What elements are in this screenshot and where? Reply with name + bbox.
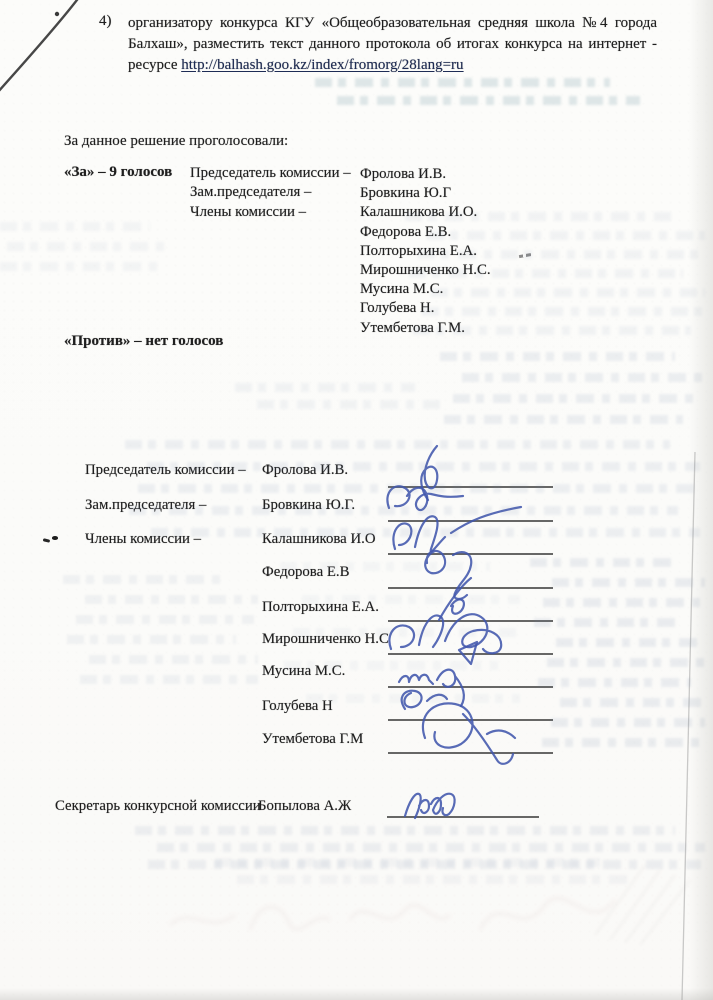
- voter-name: Федорова Е.В.: [360, 223, 491, 242]
- voter-name: Калашникова И.О.: [360, 203, 491, 222]
- signatory-name: Федорова Е.В: [262, 564, 349, 581]
- voter-name: Мирошниченко Н.С.: [360, 261, 491, 280]
- bleed-through-text: [148, 860, 701, 869]
- bleed-through-text: [85, 595, 258, 604]
- bleed-through-text: [237, 875, 630, 884]
- voting-role: Председатель комиссии –: [190, 164, 351, 183]
- bleed-through-corner-hatch: [585, 855, 705, 945]
- scanned-protocol-page: 4) организатору конкурса КГУ «Общеобразо…: [0, 0, 713, 1000]
- bleed-through-text: [257, 400, 445, 409]
- signatory-name: Голубева Н: [262, 698, 333, 715]
- voting-roles-column: Председатель комиссии – Зам.председателя…: [190, 164, 351, 222]
- bleed-through-text: [80, 675, 258, 684]
- bleed-through-text: [315, 78, 610, 87]
- bleed-through-squiggles: [150, 880, 630, 950]
- bleed-through-text: [67, 635, 236, 644]
- bleed-through-text: [556, 638, 705, 647]
- voter-name: Фролова И.В.: [360, 165, 491, 184]
- secretary-role-label: Секретарь конкурсной комиссии: [55, 798, 261, 815]
- ink-blob: [52, 536, 58, 540]
- resolution-line-3-prefix: ресурсе: [128, 57, 181, 73]
- voting-role: Зам.председателя –: [190, 183, 351, 202]
- bleed-through-text: [560, 698, 705, 707]
- signatory-role-label: Председатель комиссии –: [85, 462, 246, 479]
- bleed-through-text: [453, 394, 701, 403]
- signatory-name: Полторыхина Е.А.: [262, 599, 379, 616]
- signatory-name: Утембетова Г.М: [262, 731, 363, 748]
- signatory-role-label: Зам.председателя –: [85, 497, 206, 514]
- voter-name: Утембетова Г.М.: [360, 319, 491, 338]
- bleed-through-text: [215, 858, 600, 867]
- bleed-through-text: [444, 415, 683, 424]
- voting-names-column: Фролова И.В. Бровкина Ю.Г Калашникова И.…: [360, 165, 491, 338]
- bleed-through-text: [440, 352, 675, 361]
- resolution-line-3: ресурсе http://balhash.goo.kz/index/from…: [128, 55, 657, 76]
- resolution-paragraph: организатору конкурса КГУ «Общеобразоват…: [128, 13, 657, 76]
- signatory-name: Бровкина Ю.Г.: [262, 497, 355, 514]
- voting-intro-text: За данное решение проголосовали:: [64, 133, 288, 150]
- signatory-role-label: Члены комиссии –: [85, 531, 201, 548]
- voting-role: Члены комиссии –: [190, 203, 351, 222]
- secretary-name: Бопылова А.Ж: [258, 798, 351, 815]
- bleed-through-text: [235, 383, 415, 392]
- voter-name: Полторыхина Е.А.: [360, 242, 491, 261]
- bleed-through-text: [7, 242, 165, 251]
- bleed-through-text: [0, 262, 163, 271]
- voter-name: Бровкина Ю.Г: [360, 184, 491, 203]
- signatory-name: Калашникова И.О: [262, 531, 376, 548]
- pen-tick-mark: [519, 253, 532, 258]
- bleed-through-text: [89, 655, 258, 664]
- voter-name: Мусина М.С.: [360, 280, 491, 299]
- bleed-through-text: [157, 843, 705, 852]
- votes-for-label: «За» – 9 голосов: [64, 164, 172, 181]
- ink-blob: [43, 538, 50, 542]
- signatory-name: Мусина М.С.: [262, 663, 345, 680]
- votes-against-label: «Против» – нет голосов: [64, 333, 223, 350]
- list-item-number: 4): [99, 13, 112, 30]
- protocol-url-link: http://balhash.goo.kz/index/fromorg/28la…: [181, 57, 463, 73]
- signatory-name: Фролова И.В.: [262, 462, 348, 479]
- voter-name: Голубева Н.: [360, 299, 491, 318]
- bleed-through-text: [76, 615, 254, 624]
- resolution-line-1: организатору конкурса КГУ «Общеобразоват…: [128, 13, 657, 34]
- bleed-through-text: [63, 575, 228, 584]
- signatory-name: Мирошниченко Н.С: [262, 631, 389, 648]
- resolution-line-2: Балхаш», разместить текст данного проток…: [128, 34, 657, 55]
- secretary-signature-ink: [375, 754, 575, 844]
- bleed-through-text: [337, 96, 640, 105]
- bleed-through-text: [0, 222, 150, 231]
- bleed-through-text: [462, 373, 705, 382]
